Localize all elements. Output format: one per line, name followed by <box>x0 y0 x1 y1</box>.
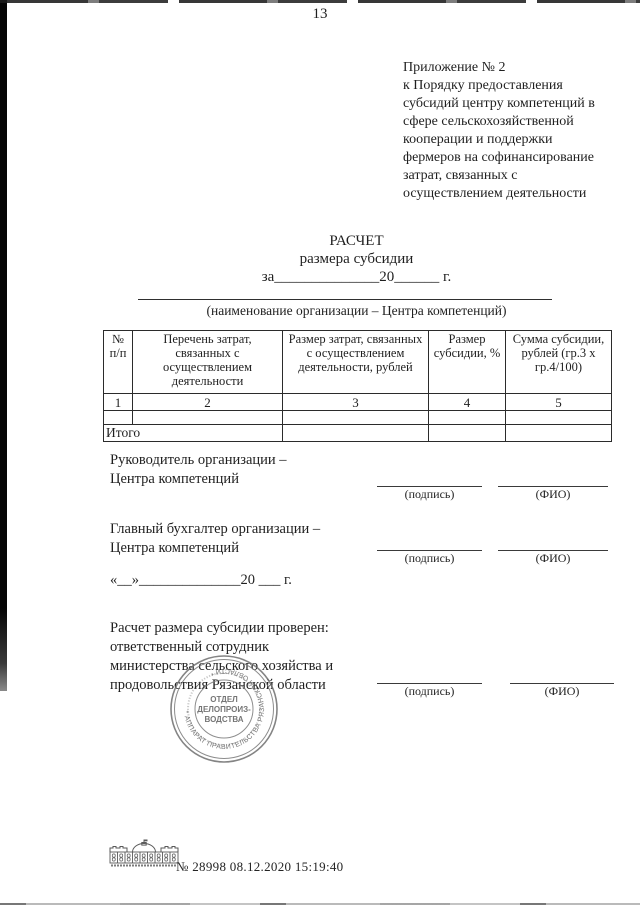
empty-cell <box>506 425 612 442</box>
header-cell-number: № п/п <box>104 331 133 394</box>
title-period-line: за______________20______ г. <box>103 268 610 286</box>
scan-edge-artifact-left <box>0 0 7 691</box>
appendix-line: осуществлением деятельности <box>403 185 618 203</box>
title-line-2: размера субсидии <box>103 250 610 268</box>
header-cell-subsidy-sum: Сумма субсидии, рублей (гр.3 х гр.4/100) <box>506 331 612 394</box>
organization-name-blank-line <box>138 299 552 300</box>
document-title: РАСЧЕТ размера субсидии за______________… <box>103 232 610 286</box>
header-cell-subsidy-percent: Размер субсидии, % <box>429 331 506 394</box>
empty-cell <box>283 425 429 442</box>
accountant-signature-block: Главный бухгалтер организации – Центра к… <box>110 520 320 558</box>
empty-cell <box>283 411 429 425</box>
appendix-note: Приложение № 2 к Порядку предоставления … <box>403 59 618 203</box>
empty-cell <box>429 425 506 442</box>
head-title-line-1: Руководитель организации – <box>110 451 287 470</box>
organization-name-caption: (наименование организации – Центра компе… <box>103 303 610 319</box>
appendix-line: сфере сельскохозяйственной <box>403 113 618 131</box>
title-line-1: РАСЧЕТ <box>103 232 610 250</box>
checked-line-1: Расчет размера субсидии проверен: <box>110 619 333 638</box>
seal-center-line-1: ОТДЕЛ <box>210 695 238 704</box>
page-number: 13 <box>0 6 640 23</box>
accountant-signature-line: (подпись) <box>377 550 482 565</box>
stamp-right-wing <box>161 847 178 853</box>
column-number: 2 <box>133 394 283 411</box>
seal-center-line-3: ВОДСТВА <box>204 715 243 724</box>
stamp-left-wing <box>110 847 127 853</box>
accountant-title-line-2: Центра компетенций <box>110 539 320 558</box>
round-office-seal: * АППАРАТ ПРАВИТЕЛЬСТВА РЯЗАНСКОЙ ОБЛАСТ… <box>167 652 281 766</box>
appendix-line: Приложение № 2 <box>403 59 618 77</box>
stamp-flag <box>144 840 148 842</box>
head-name-line: (ФИО) <box>498 486 608 501</box>
total-label: Итого <box>104 425 283 442</box>
date-blank-line: «__»______________20 ___ г. <box>110 571 292 590</box>
appendix-line: фермеров на софинансирование <box>403 149 618 167</box>
empty-cell <box>429 411 506 425</box>
table-header-row: № п/п Перечень затрат, связанных с осуще… <box>104 331 612 394</box>
accountant-name-line: (ФИО) <box>498 550 608 565</box>
seal-center-line-2: ДЕЛОПРОИЗ- <box>197 705 251 714</box>
registration-number-text: № 28998 08.12.2020 15:19:40 <box>176 859 343 875</box>
registration-stamp <box>104 839 184 873</box>
column-number: 5 <box>506 394 612 411</box>
empty-cell <box>133 411 283 425</box>
header-cell-cost-list: Перечень затрат, связанных с осуществлен… <box>133 331 283 394</box>
column-number: 1 <box>104 394 133 411</box>
subsidy-calculation-table: № п/п Перечень затрат, связанных с осуще… <box>103 330 612 442</box>
column-number: 4 <box>429 394 506 411</box>
total-row: Итого <box>104 425 612 442</box>
scanned-document-page: 13 Приложение № 2 к Порядку предоставлен… <box>0 0 640 905</box>
appendix-line: кооперации и поддержки <box>403 131 618 149</box>
head-title-line-2: Центра компетенций <box>110 470 287 489</box>
scan-edge-artifact-top <box>0 0 640 3</box>
empty-cell <box>104 411 133 425</box>
appendix-line: затрат, связанных с <box>403 167 618 185</box>
column-number: 3 <box>283 394 429 411</box>
checked-signature-line: (подпись) <box>377 683 482 698</box>
checked-name-line: (ФИО) <box>510 683 614 698</box>
stamp-digit-marks <box>112 854 175 861</box>
head-signature-line: (подпись) <box>377 486 482 501</box>
empty-cell <box>506 411 612 425</box>
header-cell-cost-amount: Размер затрат, связанных с осуществление… <box>283 331 429 394</box>
column-number-row: 1 2 3 4 5 <box>104 394 612 411</box>
appendix-line: субсидий центру компетенций в <box>403 95 618 113</box>
appendix-line: к Порядку предоставления <box>403 77 618 95</box>
head-signature-block: Руководитель организации – Центра компет… <box>110 451 287 489</box>
accountant-title-line-1: Главный бухгалтер организации – <box>110 520 320 539</box>
empty-data-row <box>104 411 612 425</box>
